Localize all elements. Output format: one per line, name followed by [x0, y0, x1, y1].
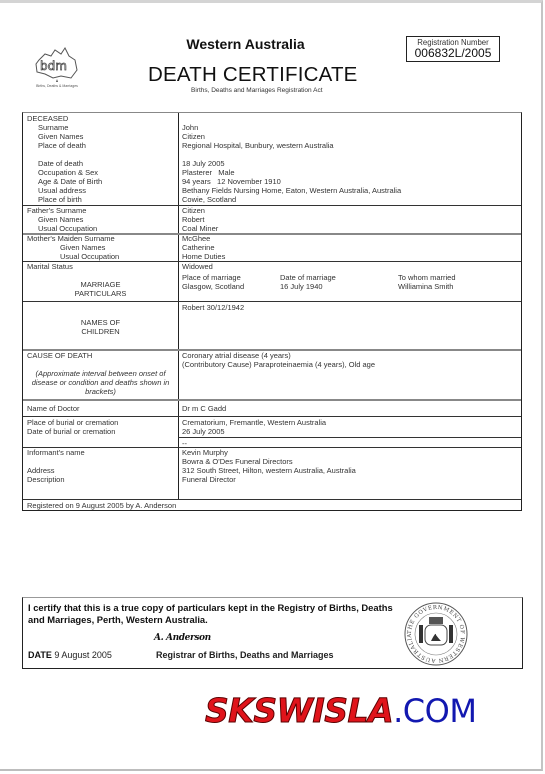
label-children-2: CHILDREN — [23, 327, 178, 336]
logo-caption: Births, Deaths & Marriages — [29, 84, 85, 88]
value-given-names: Citizen — [182, 132, 205, 141]
value-spouse: Williamina Smith — [398, 282, 453, 291]
row-divider — [23, 205, 521, 206]
value-marital-status: Widowed — [182, 262, 213, 271]
label-mother-occupation: Usual Occupation — [60, 252, 119, 261]
label-burial-date: Date of burial or cremation — [27, 427, 115, 436]
label-informant: Informant's name — [27, 448, 85, 457]
label-given-names: Given Names — [38, 132, 83, 141]
row-divider — [23, 447, 521, 448]
label-spouse: To whom married — [398, 273, 456, 282]
row-divider — [178, 437, 521, 438]
date-value: 9 August 2005 — [54, 650, 112, 660]
date-label: DATE — [28, 650, 52, 660]
value-cause-1: Coronary atrial disease (4 years) — [182, 351, 291, 360]
svg-text:bdm: bdm — [40, 59, 67, 73]
certification-box: I certify that this is a true copy of pa… — [22, 597, 523, 669]
label-marital-status: Marital Status — [27, 262, 73, 271]
registered-note: Registered on 9 August 2005 by A. Anders… — [27, 501, 176, 510]
label-surname: Surname — [38, 123, 68, 132]
registrar-signature: A. Anderson — [154, 633, 211, 643]
value-organisation: Bowra & O'Des Funeral Directors — [182, 457, 293, 466]
label-place-of-marriage: Place of marriage — [182, 273, 241, 282]
value-cause-2: (Contributory Cause) Paraproteinaemia (4… — [182, 360, 375, 369]
value-surname: John — [182, 123, 198, 132]
certification-date: DATE 9 August 2005 — [28, 650, 112, 660]
value-mother-given-names: Catherine — [182, 243, 215, 252]
value-date-of-death: 18 July 2005 — [182, 159, 225, 168]
column-divider — [178, 113, 179, 500]
certificate-title: DEATH CERTIFICATE — [148, 63, 358, 87]
label-marriage-particulars: MARRIAGE — [23, 280, 178, 289]
value-date-of-marriage: 16 July 1940 — [280, 282, 323, 291]
label-place-of-death: Place of death — [38, 141, 86, 150]
government-seal-icon: THE GOVERNMENT OF WESTERN AUSTRALIA — [403, 601, 469, 667]
value-informant: Kevin Murphy — [182, 448, 228, 457]
label-date-of-death: Date of death — [38, 159, 83, 168]
watermark: SKSWISLA.COM — [205, 691, 476, 730]
act-subtitle: Births, Deaths and Marriages Registratio… — [191, 87, 323, 94]
value-description: Funeral Director — [182, 475, 236, 484]
label-father-surname: Father's Surname — [27, 206, 86, 215]
australia-map-icon: bdm — [33, 46, 81, 86]
value-occupation-sex: Plasterer Male — [182, 168, 235, 177]
value-father-surname: Citizen — [182, 206, 205, 215]
row-divider — [23, 261, 521, 262]
label-marriage-particulars-2: PARTICULARS — [23, 289, 178, 298]
label-cause-of-death: CAUSE OF DEATH — [27, 351, 92, 360]
watermark-part1: SKSWISLA — [205, 691, 393, 730]
row-divider — [23, 399, 521, 401]
value-place-of-marriage: Glasgow, Scotland — [182, 282, 244, 291]
value-children: Robert 30/12/1942 — [182, 303, 244, 312]
label-occupation-sex: Occupation & Sex — [38, 168, 98, 177]
value-place-of-birth: Cowie, Scotland — [182, 195, 236, 204]
label-usual-address: Usual address — [38, 186, 86, 195]
registration-number: 006832L/2005 — [407, 46, 499, 60]
value-mother-occupation: Home Duties — [182, 252, 225, 261]
watermark-part2: .COM — [393, 692, 476, 730]
label-description: Description — [27, 475, 65, 484]
bdm-logo: bdm Births, Deaths & Marriages — [33, 46, 81, 94]
value-father-occupation: Coal Miner — [182, 224, 218, 233]
value-place-of-death: Regional Hospital, Bunbury, western Aust… — [182, 141, 334, 150]
label-burial-place: Place of burial or cremation — [27, 418, 118, 427]
value-usual-address: Bethany Fields Nursing Home, Eaton, West… — [182, 186, 401, 195]
cause-note: (Approximate interval between onset of d… — [25, 369, 176, 397]
certification-text: I certify that this is a true copy of pa… — [28, 602, 408, 626]
registrar-title: Registrar of Births, Deaths and Marriage… — [156, 650, 334, 660]
row-divider — [23, 416, 521, 417]
label-age-dob: Age & Date of Birth — [38, 177, 102, 186]
svg-text:THE GOVERNMENT OF WESTERN AUST: THE GOVERNMENT OF WESTERN AUSTRALIA — [407, 605, 465, 663]
value-doctor: Dr m C Gadd — [182, 404, 226, 413]
certificate-page: bdm Births, Deaths & Marriages Western A… — [0, 0, 543, 771]
registration-number-box: Registration Number 006832L/2005 — [406, 36, 500, 62]
particulars-table: DECEASED Surname Given Names Place of de… — [22, 112, 522, 511]
label-mother-surname: Mother's Maiden Surname — [27, 234, 115, 243]
value-father-given-names: Robert — [182, 215, 205, 224]
label-father-occupation: Usual Occupation — [38, 224, 97, 233]
value-mother-surname: McGhee — [182, 234, 210, 243]
label-date-of-marriage: Date of marriage — [280, 273, 336, 282]
row-divider — [23, 499, 521, 500]
label-doctor: Name of Doctor — [27, 404, 80, 413]
row-divider — [23, 301, 521, 302]
label-mother-given-names: Given Names — [60, 243, 105, 252]
label-children: NAMES OF — [23, 318, 178, 327]
value-age-dob: 94 years 12 November 1910 — [182, 177, 281, 186]
label-place-of-birth: Place of birth — [38, 195, 82, 204]
value-address: 312 South Street, Hilton, western Austra… — [182, 466, 356, 475]
label-address: Address — [27, 466, 55, 475]
label-father-given-names: Given Names — [38, 215, 83, 224]
value-burial-place: Crematorium, Fremantle, Western Australi… — [182, 418, 326, 427]
section-deceased: DECEASED — [27, 114, 68, 123]
value-burial-date: 26 July 2005 — [182, 427, 225, 436]
